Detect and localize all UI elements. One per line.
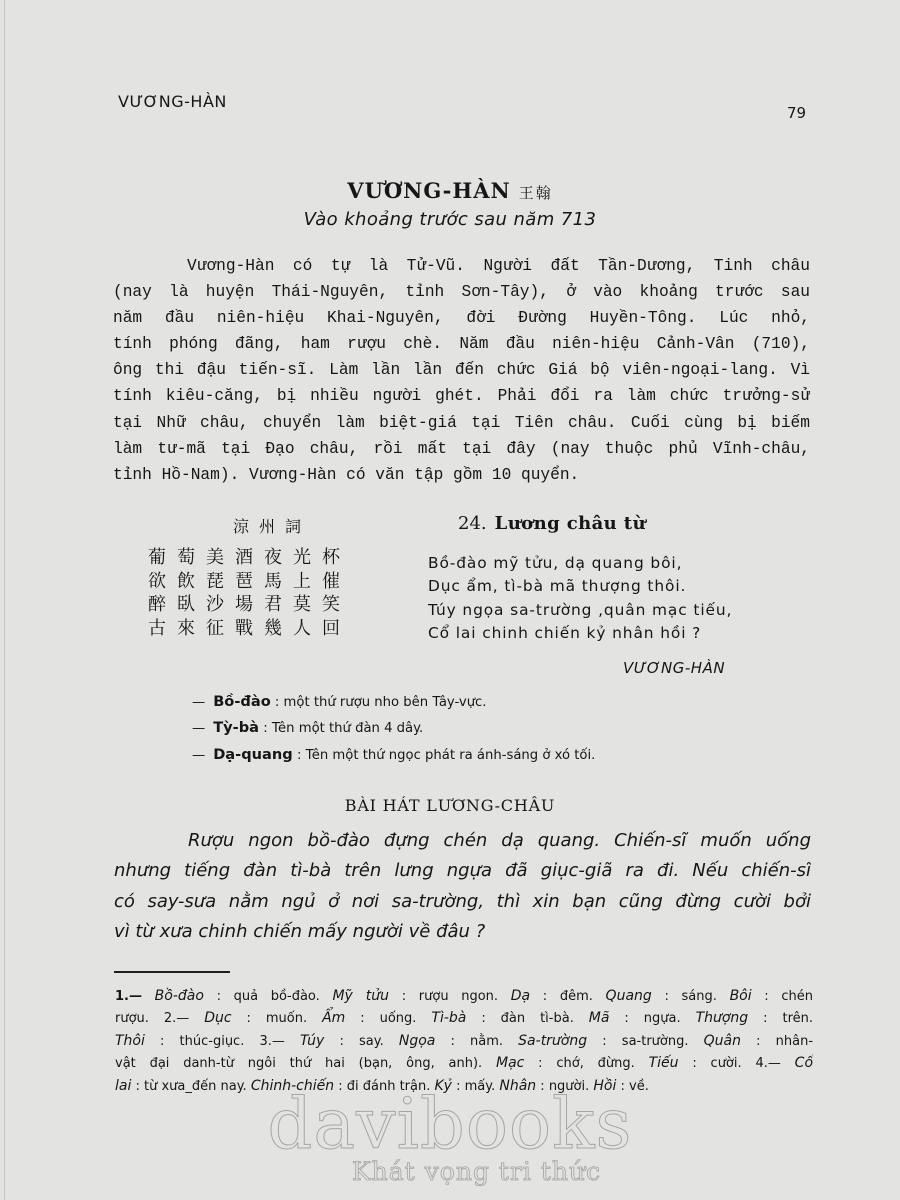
footnote-text: : quả bồ-đào. [204, 989, 333, 1004]
footnote-text: : uống. [345, 1011, 431, 1026]
footnote-text [142, 989, 155, 1004]
footnote-text: : nhân- [741, 1034, 813, 1049]
bio-line: tại Nhữ châu, chuyển làm biệt-giá tại Ti… [113, 410, 810, 436]
footnote-text: : nằm. [435, 1034, 518, 1049]
footnote-term: Cổ [795, 1055, 813, 1071]
footnote-term: Mỹ tửu [332, 988, 389, 1004]
bio-line: năm đầu niên-hiệu Khai-Nguyên, đời Đường… [113, 305, 810, 331]
footnote-term: Sa-trường [518, 1033, 587, 1049]
bio-line: làm tư-mã tại Đạo châu, rồi mất tại đây … [113, 436, 810, 462]
glossary-definition: : Tên một thứ đàn 4 dây. [263, 721, 423, 736]
footnote-term: Thôi [115, 1033, 145, 1049]
glossary-definition: : một thứ rượu nho bên Tây-vực. [275, 695, 487, 710]
footnote-rule [114, 971, 230, 973]
footnote-text: : muốn. [232, 1011, 323, 1026]
footnote-term: Dạ [511, 988, 530, 1004]
translation-line: Rượu ngon bồ-đào đựng chén dạ quang. Chi… [114, 826, 811, 856]
poem-heading: 24.Lương châu từ [458, 513, 646, 534]
footnote-text: : chớ, đừng. [524, 1056, 648, 1071]
footnote-term: Bồ-đào [155, 988, 204, 1004]
footnote-line: rượu. 2.— Dục : muốn. Ẩm : uống. Tì-bà :… [115, 1007, 813, 1029]
footnote-text: : rượu ngon. [389, 989, 511, 1004]
footnote-term: Ngọa [399, 1033, 436, 1049]
em-dash: — [192, 721, 205, 736]
poem-line: Túy ngọa sa-trường ,quân mạc tiếu, [428, 599, 732, 622]
poet-dates: Vào khoảng trước sau năm 713 [0, 209, 900, 230]
footnote-text: : đàn tì-bà. [466, 1011, 588, 1026]
footnote-term: Mã [589, 1010, 610, 1026]
glossary-term: Dạ-quang [213, 746, 293, 763]
footnote-text: : thúc-giục. 3.— [145, 1034, 300, 1049]
poem-line: Dục ẩm, tì-bà mã thượng thôi. [428, 575, 732, 598]
footnote-term: Bôi [730, 988, 752, 1004]
poet-name-hanzi: 王翰 [519, 184, 553, 202]
glossary-entry: —Dạ-quang : Tên một thứ ngọc phát ra ánh… [192, 742, 595, 768]
poet-title: VƯƠNG-HÀN王翰 [0, 178, 900, 203]
poem-line: Bồ-đào mỹ tửu, dạ quang bôi, [428, 552, 732, 575]
bio-line: tính phóng đãng, ham rượu chè. Năm đầu n… [113, 331, 810, 357]
footnote-term: Quân [704, 1033, 741, 1049]
chinese-poem-line: 欲飲琵琶馬上催 [148, 570, 351, 594]
bio-line: (nay là huyện Thái-Nguyên, tỉnh Sơn-Tây)… [113, 279, 810, 305]
glossary-term: Tỳ-bà [213, 719, 259, 736]
translation-line: nhưng tiếng đàn tì-bà trên lưng ngựa đã … [114, 856, 811, 886]
footnote-text: : sa-trường. [587, 1034, 703, 1049]
footnote-text: : say. [324, 1034, 399, 1049]
bio-line: ông thi đậu tiến-sĩ. Làm lần lần đến chứ… [113, 357, 810, 383]
chinese-poem-line: 葡萄美酒夜光杯 [148, 546, 351, 570]
chinese-poem-line: 古來征戰幾人回 [148, 617, 351, 641]
glossary-entry: —Tỳ-bà : Tên một thứ đàn 4 dây. [192, 715, 595, 741]
glossary-definition: : Tên một thứ ngọc phát ra ánh-sáng ở xó… [297, 748, 595, 763]
footnote-line: vật đại danh-từ ngôi thứ hai (bạn, ông, … [115, 1052, 813, 1074]
footnote-text: : sáng. [652, 989, 730, 1004]
footnote-text: : chén [752, 989, 813, 1004]
poem-number: 24. [458, 513, 487, 534]
footnote-term: Quang [606, 988, 652, 1004]
footnote-term: Mạc [496, 1055, 524, 1071]
bio-line: tính kiêu-căng, bị nhiều người ghét. Phả… [113, 383, 810, 409]
watermark-slogan: Khát vọng tri thức [352, 1157, 601, 1186]
footnotes: 1.— Bồ-đào : quả bồ-đào. Mỹ tửu : rượu n… [115, 985, 813, 1097]
footnote-text: vật đại danh-từ ngôi thứ hai (bạn, ông, … [115, 1056, 496, 1071]
chinese-poem-title: 涼州詞 [233, 514, 311, 537]
translation-line: có say-sưa nằm ngủ ở nơi sa-trường, thì … [114, 887, 811, 917]
footnote-line: 1.— Bồ-đào : quả bồ-đào. Mỹ tửu : rượu n… [115, 985, 813, 1007]
footnote-term: Tiếu [649, 1055, 679, 1071]
footnote-term: Tì-bà [431, 1010, 466, 1026]
footnote-text: : ngựa. [609, 1011, 695, 1026]
poem-title: Lương châu từ [495, 513, 646, 534]
translation-paragraph: Rượu ngon bồ-đào đựng chén dạ quang. Chi… [114, 826, 811, 947]
footnote-text: : đêm. [530, 989, 605, 1004]
footnote-term: Túy [300, 1033, 324, 1049]
glossary-entry: —Bồ-đào : một thứ rượu nho bên Tây-vực. [192, 689, 595, 715]
footnote-term: Ẩm [322, 1010, 345, 1026]
footnote-text: rượu. 2.— [115, 1011, 204, 1026]
chinese-poem-line: 醉臥沙場君莫笑 [148, 593, 351, 617]
footnote-term: Thượng [696, 1010, 749, 1026]
poem-author: VƯƠNG-HÀN [623, 659, 725, 677]
footnote-text: : cười. 4.— [679, 1056, 795, 1071]
em-dash: — [192, 748, 205, 763]
poet-name: VƯƠNG-HÀN [347, 178, 510, 203]
chinese-poem: 葡萄美酒夜光杯 欲飲琵琶馬上催 醉臥沙場君莫笑 古來征戰幾人回 [148, 546, 351, 640]
glossary: —Bồ-đào : một thứ rượu nho bên Tây-vực. … [192, 689, 595, 768]
watermark-brand: davibooks [0, 1083, 900, 1165]
glossary-term: Bồ-đào [213, 693, 271, 710]
bio-line: Vương-Hàn có tự là Tử-Vũ. Người đất Tần-… [113, 253, 810, 279]
translation-line: vì từ xưa chinh chiến mấy người về đâu ? [114, 917, 811, 947]
footnote-term: Dục [204, 1010, 231, 1026]
footnote-text: 1.— [115, 989, 142, 1004]
footnote-text: : trên. [748, 1011, 813, 1026]
running-head: VƯƠNG-HÀN [118, 92, 227, 111]
poem-line: Cổ lai chinh chiến kỷ nhân hồi ? [428, 622, 732, 645]
em-dash: — [192, 695, 205, 710]
translation-heading: BÀI HÁT LƯƠNG-CHÂU [0, 796, 900, 815]
page-number: 79 [787, 104, 806, 122]
footnote-line: Thôi : thúc-giục. 3.— Túy : say. Ngọa : … [115, 1030, 813, 1052]
transliterated-poem: Bồ-đào mỹ tửu, dạ quang bôi, Dục ẩm, tì-… [428, 552, 732, 645]
biography-paragraph: Vương-Hàn có tự là Tử-Vũ. Người đất Tần-… [113, 253, 810, 488]
bio-line: tỉnh Hồ-Nam). Vương-Hàn có văn tập gồm 1… [113, 462, 810, 488]
